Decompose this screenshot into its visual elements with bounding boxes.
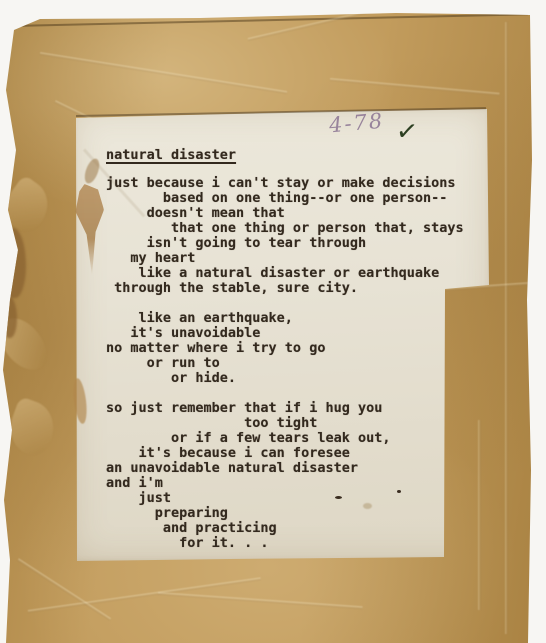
poem-title: natural disaster: [106, 147, 236, 163]
handwritten-date: 4-78: [328, 109, 385, 138]
crease-line: [478, 420, 481, 610]
torn-paper-flap: [2, 396, 61, 460]
crease-line: [330, 78, 500, 96]
ink-speck: [335, 496, 342, 499]
crease-line: [28, 577, 261, 613]
poem-body: just because i can't stay or make decisi…: [106, 176, 464, 551]
torn-paper-flap: [0, 174, 58, 238]
scan-background: natural disaster just because i can't st…: [0, 0, 546, 643]
torn-paper-flap: [0, 309, 53, 378]
stain: [2, 228, 26, 298]
paper-top-edge: [12, 13, 528, 27]
ink-speck: [397, 490, 401, 493]
checkmark-icon: ✓: [394, 116, 419, 148]
crease-line: [158, 592, 363, 609]
stain: [2, 296, 17, 338]
crease-line: [505, 22, 508, 634]
crease-line: [40, 52, 287, 94]
